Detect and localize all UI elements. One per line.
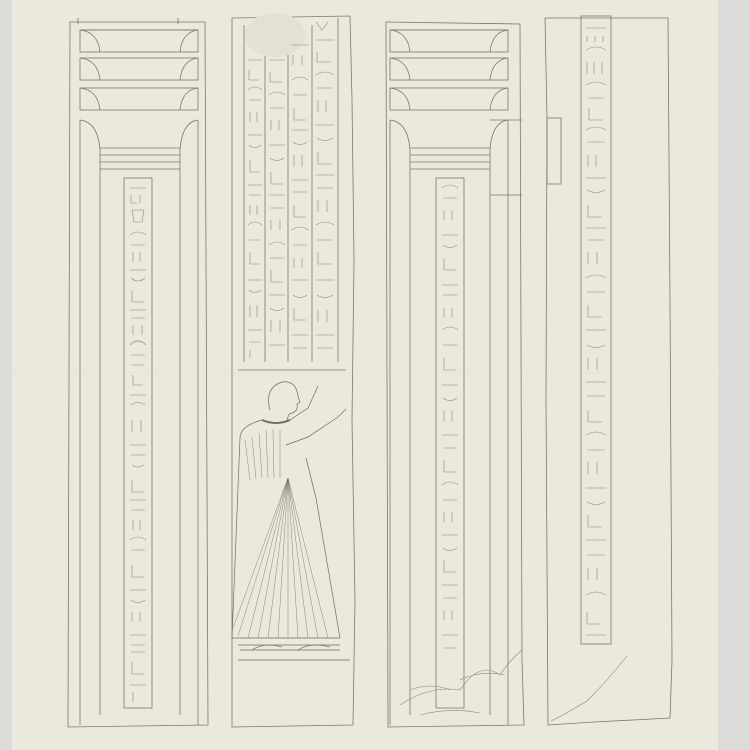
hieroglyph-columns-2 (248, 22, 334, 358)
adoring-figure (232, 382, 350, 660)
jamb-1 (68, 18, 208, 727)
hieroglyph-column-3 (442, 185, 458, 648)
broken-stone-area (400, 650, 522, 715)
hieroglyph-column-1 (130, 188, 146, 702)
plate-drawing (0, 0, 750, 750)
hieroglyph-column-4 (586, 28, 606, 635)
break-line (551, 656, 627, 721)
plate-caption: ...... (628, 740, 634, 745)
jamb-3 (386, 22, 524, 727)
damaged-area (245, 13, 305, 57)
jamb-2 (232, 13, 355, 727)
jamb-4 (545, 16, 672, 725)
